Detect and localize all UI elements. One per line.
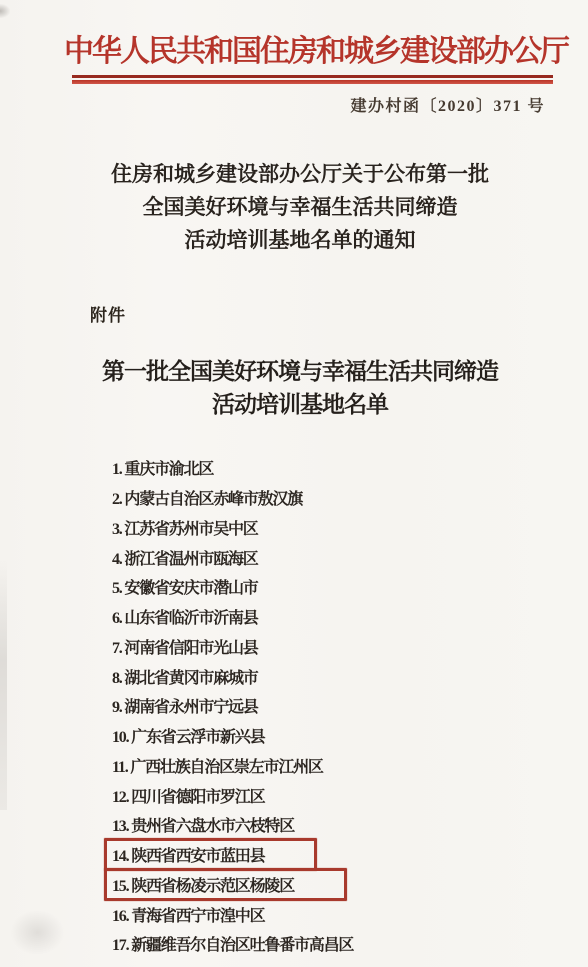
base-name: 16. 青海省西宁市湟中区	[112, 903, 264, 926]
notice-title-line-2: 全国美好环境与幸福生活共同缔造	[54, 191, 546, 224]
list-item-4: 4. 浙江省温州市瓯海区	[112, 542, 576, 572]
base-name: 12. 四川省德阳市罗江区	[112, 784, 264, 807]
list-item-3: 3. 江苏省苏州市吴中区	[112, 513, 576, 543]
list-item-15: 15. 陕西省杨凌示范区杨陵区	[112, 870, 576, 900]
document-page: 中华人民共和国住房和城乡建设部办公厅 建办村函〔2020〕371 号 住房和城乡…	[0, 0, 588, 967]
list-item-6: 6. 山东省临沂市沂南县	[112, 602, 576, 632]
attachment-title-line-1: 第一批全国美好环境与幸福生活共同缔造	[54, 355, 546, 388]
base-name: 9. 湖南省永州市宁远县	[112, 694, 258, 717]
scan-smudge	[10, 910, 65, 955]
base-name: 17. 新疆维吾尔自治区吐鲁番市高昌区	[112, 932, 353, 955]
letterhead-org-name: 中华人民共和国住房和城乡建设部办公厅	[64, 26, 561, 70]
highlighted-base-name: 15. 陕西省杨凌示范区杨陵区	[104, 868, 347, 901]
list-item-13: 13. 贵州省六盘水市六枝特区	[112, 810, 576, 840]
list-item-17: 17. 新疆维吾尔自治区吐鲁番市高昌区	[112, 929, 576, 959]
notice-title-line-3: 活动培训基地名单的通知	[54, 224, 546, 257]
list-item-2: 2. 内蒙古自治区赤峰市敖汉旗	[112, 483, 576, 513]
base-name: 1. 重庆市渝北区	[112, 456, 213, 479]
document-number: 建办村函〔2020〕371 号	[72, 93, 545, 116]
list-item-9: 9. 湖南省永州市宁远县	[112, 691, 576, 721]
base-name: 13. 贵州省六盘水市六枝特区	[112, 813, 294, 836]
highlighted-base-name: 14. 陕西省西安市蓝田县	[104, 838, 317, 871]
list-item-5: 5. 安徽省安庆市潜山市	[112, 572, 576, 602]
training-base-list: 1. 重庆市渝北区 2. 内蒙古自治区赤峰市敖汉旗 3. 江苏省苏州市吴中区 4…	[112, 453, 576, 959]
list-item-1: 1. 重庆市渝北区	[112, 453, 576, 483]
base-name: 8. 湖北省黄冈市麻城市	[112, 665, 258, 688]
letterhead-red-divider	[72, 75, 553, 84]
base-name: 4. 浙江省温州市瓯海区	[112, 546, 258, 569]
base-name: 3. 江苏省苏州市吴中区	[112, 516, 258, 539]
scan-smudge	[0, 4, 10, 18]
base-name: 5. 安徽省安庆市潜山市	[112, 575, 258, 598]
list-item-7: 7. 河南省信阳市光山县	[112, 632, 576, 662]
base-name: 6. 山东省临沂市沂南县	[112, 605, 258, 628]
list-item-8: 8. 湖北省黄冈市麻城市	[112, 661, 576, 691]
list-item-16: 16. 青海省西宁市湟中区	[112, 899, 576, 929]
list-item-14: 14. 陕西省西安市蓝田县	[112, 840, 576, 870]
base-name: 7. 河南省信阳市光山县	[112, 635, 258, 658]
base-name: 11. 广西壮族自治区崇左市江州区	[112, 754, 323, 777]
attachment-title-line-2: 活动培训基地名单	[54, 388, 546, 421]
notice-title: 住房和城乡建设部办公厅关于公布第一批 全国美好环境与幸福生活共同缔造 活动培训基…	[54, 158, 546, 257]
notice-title-line-1: 住房和城乡建设部办公厅关于公布第一批	[54, 158, 546, 191]
attachment-title: 第一批全国美好环境与幸福生活共同缔造 活动培训基地名单	[54, 355, 546, 421]
list-item-10: 10. 广东省云浮市新兴县	[112, 721, 576, 751]
list-item-12: 12. 四川省德阳市罗江区	[112, 780, 576, 810]
base-name: 2. 内蒙古自治区赤峰市敖汉旗	[112, 486, 302, 509]
divider-bar-bottom	[72, 80, 553, 84]
list-item-11: 11. 广西壮族自治区崇左市江州区	[112, 751, 576, 781]
scan-smudge	[0, 560, 7, 810]
base-name: 10. 广东省云浮市新兴县	[112, 724, 264, 747]
attachment-label: 附件	[90, 301, 126, 326]
